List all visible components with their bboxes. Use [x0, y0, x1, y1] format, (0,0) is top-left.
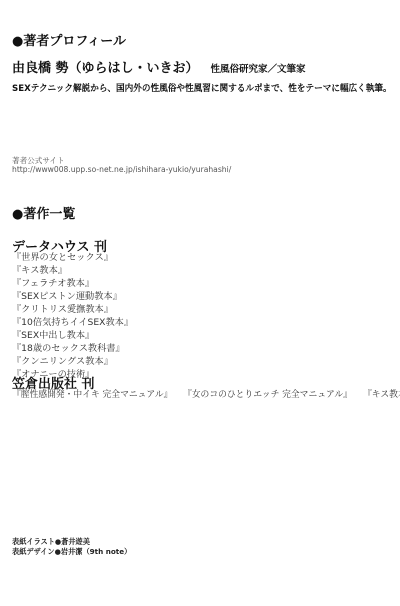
- book-item: 『18歳のセックス教科書』: [12, 342, 133, 355]
- cover-design-credit: 表紙デザイン●岩井潔（9th note）: [12, 547, 131, 557]
- author-name: 由良橋 勢（ゆらはし・いきお）: [12, 61, 199, 76]
- book-item: 『SEX中出し教本』: [12, 329, 133, 342]
- book-item: 『フェラチオ教本』: [12, 277, 133, 290]
- book-item: 『女のコのひとりエッチ 完全マニュアル』: [183, 388, 352, 401]
- book-item: 『キス教本』: [12, 264, 133, 277]
- author-role: 性風俗研究家／文筆家: [211, 64, 306, 75]
- author-name-line: 由良橋 勢（ゆらはし・いきお）性風俗研究家／文筆家: [12, 57, 306, 76]
- book-item: 『膣性感開発・中イキ 完全マニュアル』: [12, 388, 172, 401]
- book-item: 『世界の女とセックス』: [12, 251, 133, 264]
- official-site-url: http://www008.upp.so-net.ne.jp/ishihara-…: [12, 165, 231, 174]
- book-item: 『クンニリングス教本』: [12, 355, 133, 368]
- cover-illustration-credit: 表紙イラスト●蒼井遊美: [12, 537, 131, 547]
- book-item: 『SEXピストン運動教本』: [12, 290, 133, 303]
- book-item: 『キス教本』（電子書籍版『キス教本』）: [363, 388, 400, 401]
- book-list-datahouse: 『世界の女とセックス』 『キス教本』 『フェラチオ教本』 『SEXピストン運動教…: [12, 251, 133, 381]
- bio-line: SEXテクニック解説から、国内外の性風俗や性風習に関するルポまで、性をテーマに幅…: [12, 83, 392, 96]
- author-bio: SEXテクニック解説から、国内外の性風俗や性風習に関するルポまで、性をテーマに幅…: [12, 83, 400, 96]
- profile-heading: ●著者プロフィール: [12, 30, 126, 49]
- book-list-kasakura: 『膣性感開発・中イキ 完全マニュアル』 『女のコのひとりエッチ 完全マニュアル』…: [12, 388, 400, 401]
- works-heading: ●著作一覧: [12, 203, 75, 222]
- book-item: 『クリトリス愛撫教本』: [12, 303, 133, 316]
- cover-credits: 表紙イラスト●蒼井遊美 表紙デザイン●岩井潔（9th note）: [12, 537, 131, 557]
- book-item: 『10倍気持ちイイSEX教本』: [12, 316, 133, 329]
